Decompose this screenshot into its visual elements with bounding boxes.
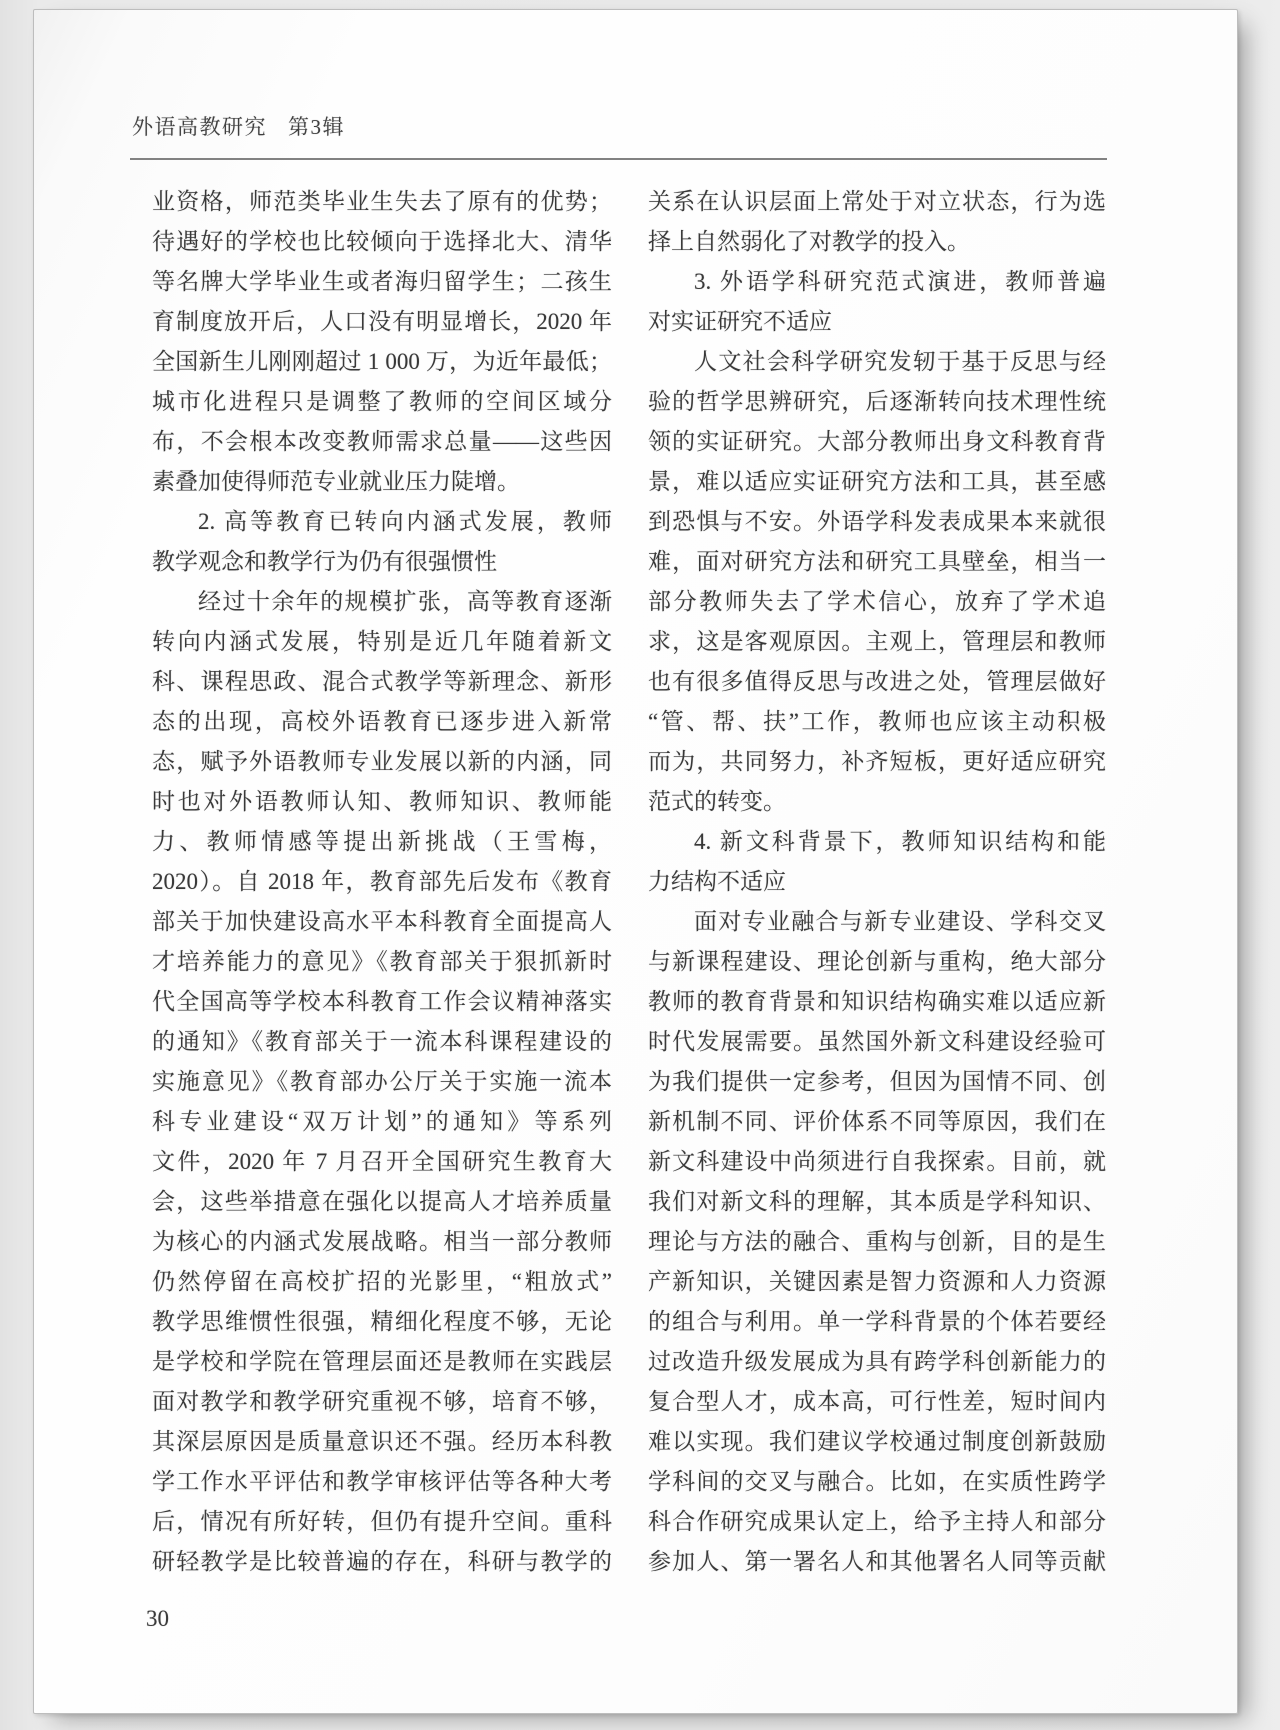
text-line: 是学校和学院在管理层面还是教师在实践层 [152, 1342, 612, 1382]
text-line: 4. 新文科背景下，教师知识结构和能 [648, 822, 1106, 862]
text-line: 研轻教学是比较普遍的存在，科研与教学的 [152, 1542, 612, 1582]
text-line: 景，难以适应实证研究方法和工具，甚至感 [648, 462, 1106, 502]
text-line: 业资格，师范类毕业生失去了原有的优势； [152, 182, 612, 222]
text-line: 为核心的内涵式发展战略。相当一部分教师 [152, 1222, 612, 1262]
text-line: 全国新生儿刚刚超过 1 000 万，为近年最低； [152, 342, 612, 382]
text-line: 新文科建设中尚须进行自我探索。目前，就 [648, 1142, 1106, 1182]
text-line: 教学观念和教学行为仍有很强惯性 [152, 542, 612, 582]
text-line: 也有很多值得反思与改进之处，管理层做好 [648, 662, 1106, 702]
text-line: 人文社会科学研究发轫于基于反思与经 [648, 342, 1106, 382]
text-line: 面对教学和教学研究重视不够，培育不够， [152, 1382, 612, 1422]
text-line: 领的实证研究。大部分教师出身文科教育背 [648, 422, 1106, 462]
text-line: 求，这是客观原因。主观上，管理层和教师 [648, 622, 1106, 662]
text-line: 到恐惧与不安。外语学科发表成果本来就很 [648, 502, 1106, 542]
text-line: 与新课程建设、理论创新与重构，绝大部分 [648, 942, 1106, 982]
text-line: 待遇好的学校也比较倾向于选择北大、清华 [152, 222, 612, 262]
text-line: 难以实现。我们建议学校通过制度创新鼓励 [648, 1422, 1106, 1462]
text-line: 而为，共同努力，补齐短板，更好适应研究 [648, 742, 1106, 782]
text-line: 经过十余年的规模扩张，高等教育逐渐 [152, 582, 612, 622]
text-line: 力、教师情感等提出新挑战（王雪梅， [152, 822, 612, 862]
text-line: 难，面对研究方法和研究工具壁垒，相当一 [648, 542, 1106, 582]
text-line: 布，不会根本改变教师需求总量——这些因 [152, 422, 612, 462]
text-line: 后，情况有所好转，但仍有提升空间。重科 [152, 1502, 612, 1542]
text-line: 仍然停留在高校扩招的光影里，“粗放式” [152, 1262, 612, 1302]
text-line: 新机制不同、评价体系不同等原因，我们在 [648, 1102, 1106, 1142]
text-line: 文件，2020 年 7 月召开全国研究生教育大 [152, 1142, 612, 1182]
text-line: 参加人、第一署名人和其他署名人同等贡献 [648, 1542, 1106, 1582]
text-line: 的通知》《教育部关于一流本科课程建设的 [152, 1022, 612, 1062]
text-line: 复合型人才，成本高，可行性差，短时间内 [648, 1382, 1106, 1422]
text-line: 科专业建设“双万计划”的通知》等系列 [152, 1102, 612, 1142]
text-line: 等名牌大学毕业生或者海归留学生；二孩生 [152, 262, 612, 302]
page-number: 30 [146, 1606, 169, 1632]
text-line: 其深层原因是质量意识还不强。经历本科教 [152, 1422, 612, 1462]
text-line: 2020）。自 2018 年，教育部先后发布《教育 [152, 862, 612, 902]
text-line: 力结构不适应 [648, 862, 1106, 902]
text-line: 时也对外语教师认知、教师知识、教师能 [152, 782, 612, 822]
text-line: 部分教师失去了学术信心，放弃了学术追 [648, 582, 1106, 622]
text-line: 的组合与利用。单一学科背景的个体若要经 [648, 1302, 1106, 1342]
text-line: 3. 外语学科研究范式演进，教师普遍 [648, 262, 1106, 302]
issue-label: 第3辑 [288, 115, 345, 139]
text-line: 对实证研究不适应 [648, 302, 1106, 342]
text-line: 为我们提供一定参考，但因为国情不同、创 [648, 1062, 1106, 1102]
scan-background: 外语高教研究第3辑 业资格，师范类毕业生失去了原有的优势；待遇好的学校也比较倾向… [0, 0, 1280, 1730]
text-line: 学科间的交叉与融合。比如，在实质性跨学 [648, 1462, 1106, 1502]
text-line: 会，这些举措意在强化以提高人才培养质量 [152, 1182, 612, 1222]
text-line: 实施意见》《教育部办公厅关于实施一流本 [152, 1062, 612, 1102]
text-line: 范式的转变。 [648, 782, 1106, 822]
text-line: 育制度放开后，人口没有明显增长，2020 年 [152, 302, 612, 342]
text-line: 验的哲学思辨研究，后逐渐转向技术理性统 [648, 382, 1106, 422]
text-line: 转向内涵式发展，特别是近几年随着新文 [152, 622, 612, 662]
text-line: 城市化进程只是调整了教师的空间区域分 [152, 382, 612, 422]
text-line: 产新知识，关键因素是智力资源和人力资源 [648, 1262, 1106, 1302]
text-line: 部关于加快建设高水平本科教育全面提高人 [152, 902, 612, 942]
text-line: 教师的教育背景和知识结构确实难以适应新 [648, 982, 1106, 1022]
header-rule [130, 158, 1107, 160]
text-line: 时代发展需要。虽然国外新文科建设经验可 [648, 1022, 1106, 1062]
text-line: 过改造升级发展成为具有跨学科创新能力的 [648, 1342, 1106, 1382]
document-page: 外语高教研究第3辑 业资格，师范类毕业生失去了原有的优势；待遇好的学校也比较倾向… [33, 9, 1238, 1714]
text-line: 理论与方法的融合、重构与创新，目的是生 [648, 1222, 1106, 1262]
text-line: 才培养能力的意见》《教育部关于狠抓新时 [152, 942, 612, 982]
text-line: 2. 高等教育已转向内涵式发展，教师 [152, 502, 612, 542]
text-line: 择上自然弱化了对教学的投入。 [648, 222, 1106, 262]
right-column: 关系在认识层面上常处于对立状态，行为选择上自然弱化了对教学的投入。3. 外语学科… [648, 182, 1106, 1582]
text-columns: 业资格，师范类毕业生失去了原有的优势；待遇好的学校也比较倾向于选择北大、清华等名… [152, 182, 1106, 1582]
left-column: 业资格，师范类毕业生失去了原有的优势；待遇好的学校也比较倾向于选择北大、清华等名… [152, 182, 612, 1582]
text-line: 科、课程思政、混合式教学等新理念、新形 [152, 662, 612, 702]
running-header: 外语高教研究第3辑 [132, 111, 345, 141]
text-line: 代全国高等学校本科教育工作会议精神落实 [152, 982, 612, 1022]
text-line: 我们对新文科的理解，其本质是学科知识、 [648, 1182, 1106, 1222]
text-line: 面对专业融合与新专业建设、学科交叉 [648, 902, 1106, 942]
text-line: 关系在认识层面上常处于对立状态，行为选 [648, 182, 1106, 222]
text-line: 学工作水平评估和教学审核评估等各种大考 [152, 1462, 612, 1502]
journal-title: 外语高教研究 [132, 115, 267, 139]
text-line: 素叠加使得师范专业就业压力陡增。 [152, 462, 612, 502]
text-line: 教学思维惯性很强，精细化程度不够，无论 [152, 1302, 612, 1342]
text-line: 态，赋予外语教师专业发展以新的内涵，同 [152, 742, 612, 782]
text-line: 科合作研究成果认定上，给予主持人和部分 [648, 1502, 1106, 1542]
text-line: “管、帮、扶”工作，教师也应该主动积极 [648, 702, 1106, 742]
text-line: 态的出现，高校外语教育已逐步进入新常 [152, 702, 612, 742]
